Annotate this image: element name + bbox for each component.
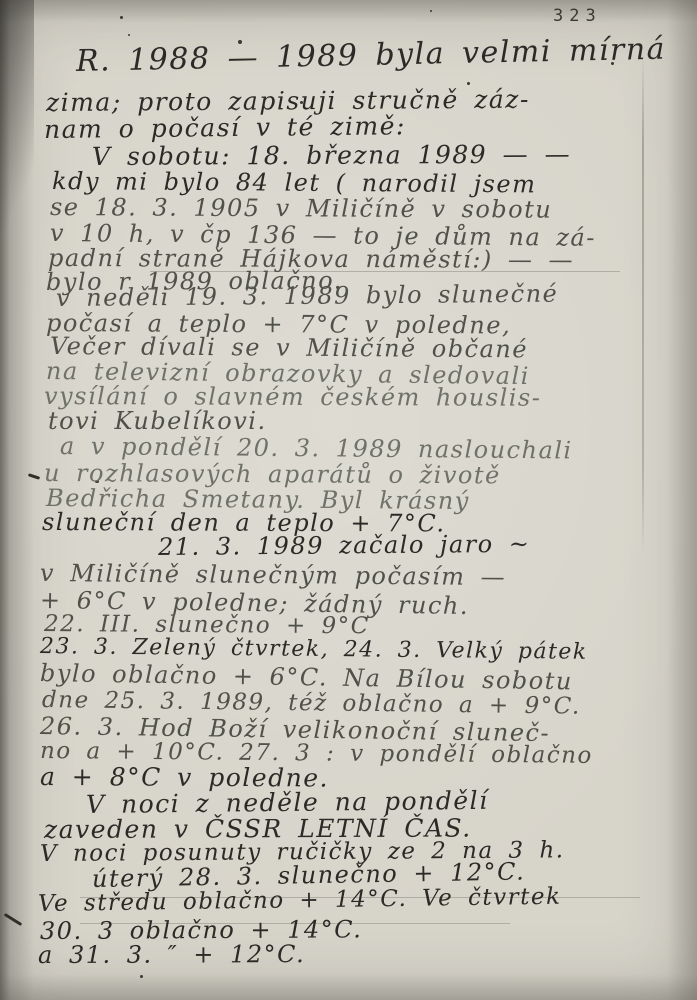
ink-speck [120, 16, 123, 19]
ink-speck [140, 975, 143, 978]
handwritten-line: 21. 3. 1989 začalo jaro ~ [158, 530, 531, 561]
scanned-manuscript-page: 323 R. 1988 — 1989 byla velmi mírná zima… [0, 0, 697, 1000]
binding-shadow [0, 0, 34, 300]
handwritten-line: tovi Kubelíkovi. [48, 407, 267, 435]
page-number: 323 [553, 6, 602, 26]
stray-mark [4, 913, 23, 926]
ink-speck [430, 10, 432, 12]
handwritten-line: R. 1988 — 1989 byla velmi mírná [76, 32, 667, 79]
handwritten-line: v neděli 19. 3. 1989 bylo slunečné [56, 280, 559, 312]
paper-crease [642, 55, 644, 555]
handwritten-line: a 31. 3. ″ + 12°C. [38, 940, 305, 969]
handwritten-line: V sobotu: 18. března 1989 — — [92, 139, 571, 171]
stray-mark [28, 473, 40, 480]
handwritten-line: nam o počasí v té zimě: [44, 111, 406, 144]
ink-speck [128, 34, 130, 36]
